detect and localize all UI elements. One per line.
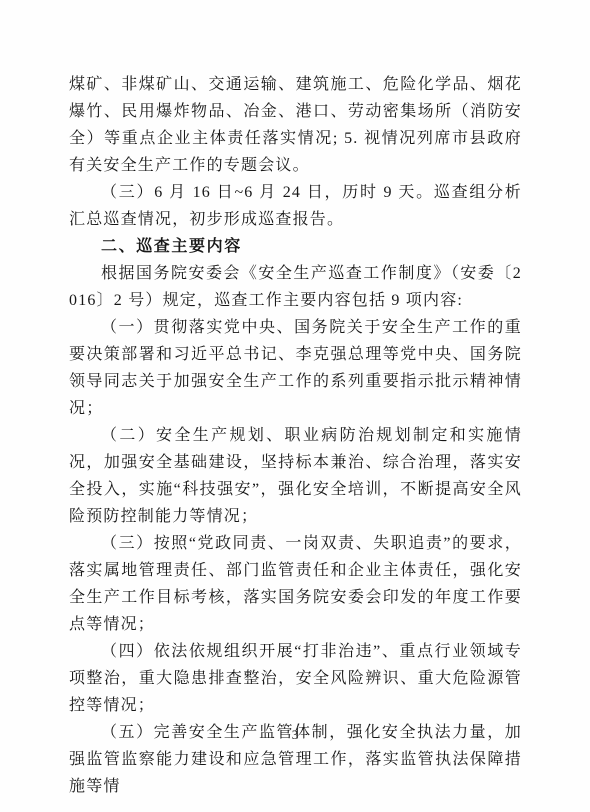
paragraph-schedule-item-3: （三）6 月 16 日~6 月 24 日，历时 9 天。巡查组分析汇总巡查情况，… [69,179,522,233]
paragraph-item-3: （三）按照“党政同责、一岗双责、失职追责”的要求，落实属地管理责任、部门监管责任… [69,530,522,638]
paragraph-item-1: （一）贯彻落实党中央、国务院关于安全生产工作的重要决策部署和习近平总书记、李克强… [69,314,522,422]
paragraph-basis: 根据国务院安委会《安全生产巡查工作制度》（安委〔2016〕2 号）规定，巡查工作… [69,260,522,314]
paragraph-continuation: 煤矿、非煤矿山、交通运输、建筑施工、危险化学品、烟花爆竹、民用爆炸物品、冶金、港… [69,71,522,179]
paragraph-item-4: （四）依法依规组织开展“打非治违”、重点行业领域专项整治，重大隐患排查整治，安全… [69,638,522,719]
section-heading: 二、巡查主要内容 [69,233,522,260]
document-text-block: 煤矿、非煤矿山、交通运输、建筑施工、危险化学品、烟花爆竹、民用爆炸物品、冶金、港… [69,71,522,800]
paragraph-item-2: （二）安全生产规划、职业病防治规划制定和实施情况，加强安全基础建设，坚持标本兼治… [69,422,522,530]
page-number: 3 [0,727,590,743]
document-page: 煤矿、非煤矿山、交通运输、建筑施工、危险化学品、烟花爆竹、民用爆炸物品、冶金、港… [0,0,590,812]
